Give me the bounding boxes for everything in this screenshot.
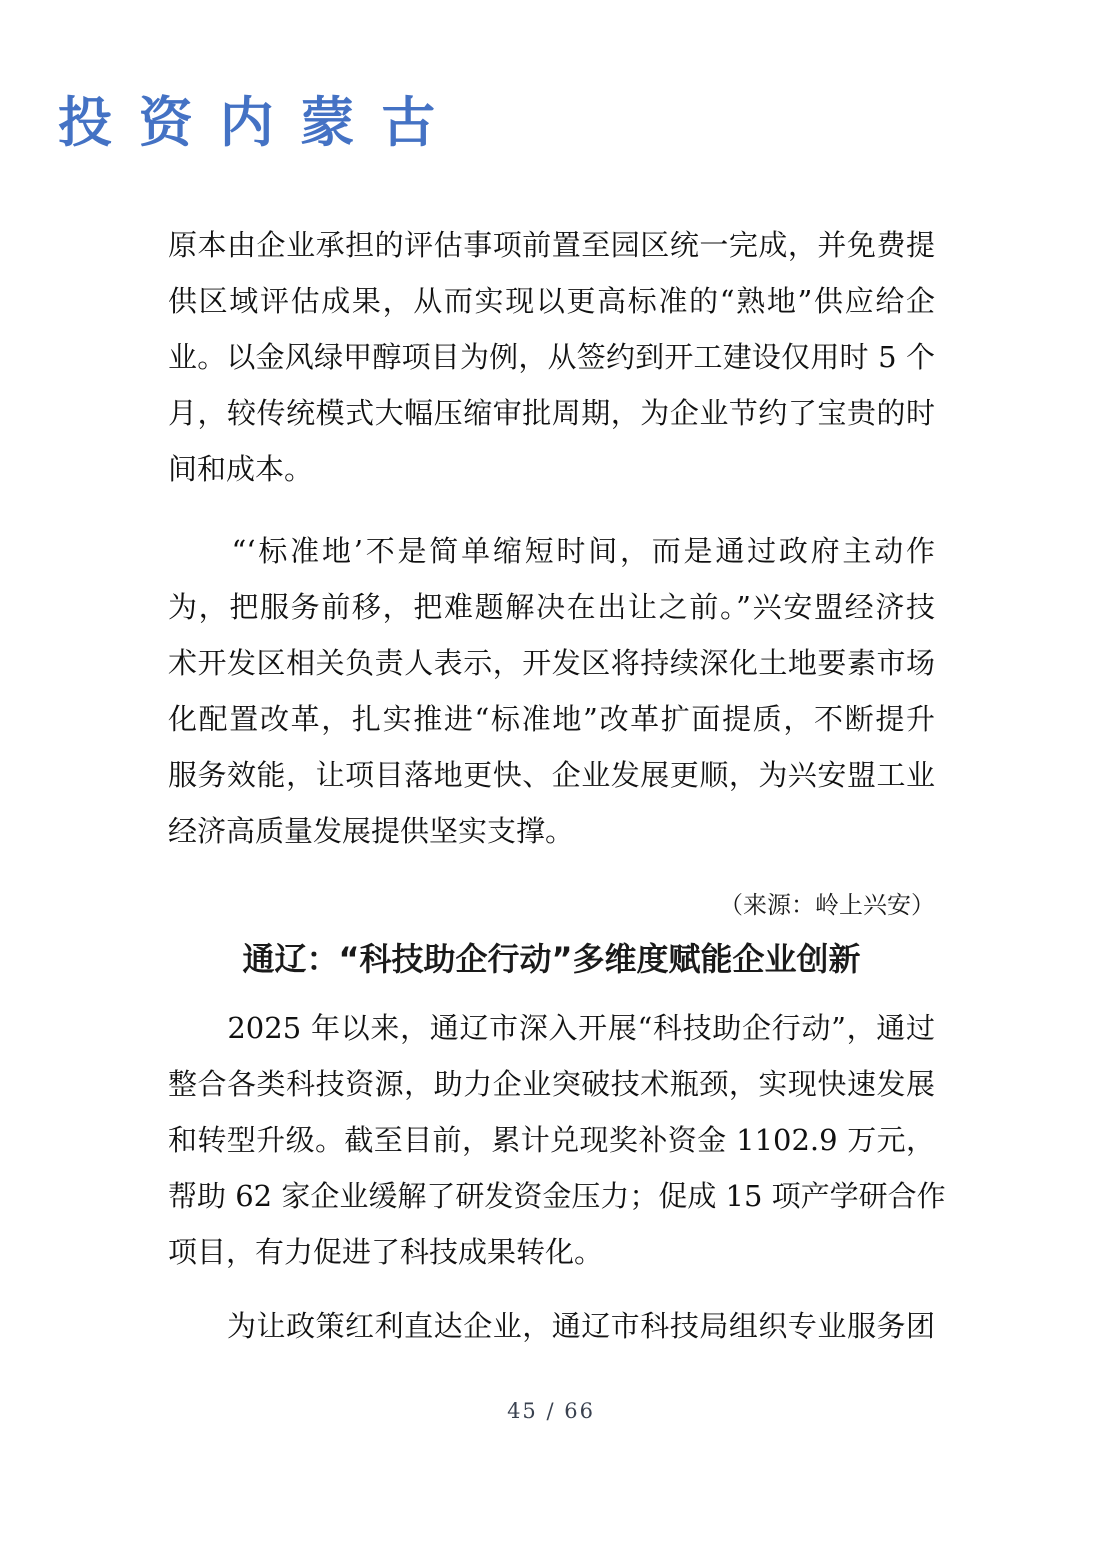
text-line: 项目，有力促进了科技成果转化。 <box>168 1224 935 1280</box>
paragraph: 2025 年以来，通辽市深入开展“科技助企行动”，通过 整合各类科技资源，助力企… <box>168 1000 935 1280</box>
page-number: 45 / 66 <box>0 1396 1102 1426</box>
text-line: 2025 年以来，通辽市深入开展“科技助企行动”，通过 <box>168 1000 935 1056</box>
text-line: 原本由企业承担的评估事项前置至园区统一完成，并免费提 <box>168 217 935 273</box>
paragraph: “‘标准地’不是简单缩短时间，而是通过政府主动作 为，把服务前移，把难题解决在出… <box>168 523 935 859</box>
paragraph: 为让政策红利直达企业，通辽市科技局组织专业服务团 <box>168 1298 935 1354</box>
article-body: 2025 年以来，通辽市深入开展“科技助企行动”，通过 整合各类科技资源，助力企… <box>168 1000 935 1354</box>
text-line: “‘标准地’不是简单缩短时间，而是通过政府主动作 <box>168 523 935 579</box>
text-line: 业。以金风绿甲醇项目为例，从签约到开工建设仅用时 5 个 <box>168 329 935 385</box>
text-line: 为让政策红利直达企业，通辽市科技局组织专业服务团 <box>168 1298 935 1354</box>
text-line: 帮助 62 家企业缓解了研发资金压力；促成 15 项产学研合作 <box>168 1168 935 1224</box>
text-line: 术开发区相关负责人表示，开发区将持续深化土地要素市场 <box>168 635 935 691</box>
page-content: 原本由企业承担的评估事项前置至园区统一完成，并免费提 供区域评估成果，从而实现以… <box>168 217 935 1354</box>
text-line: 化配置改革，扎实推进“标准地”改革扩面提质，不断提升 <box>168 691 935 747</box>
document-page: 投 资 内 蒙 古 原本由企业承担的评估事项前置至园区统一完成，并免费提 供区域… <box>0 0 1102 1559</box>
text-line: 月，较传统模式大幅压缩审批周期，为企业节约了宝贵的时 <box>168 385 935 441</box>
text-line: 为，把服务前移，把难题解决在出让之前。”兴安盟经济技 <box>168 579 935 635</box>
source-attribution: （来源：岭上兴安） <box>168 885 935 925</box>
text-line: 经济高质量发展提供坚实支撑。 <box>168 803 935 859</box>
paragraph: 原本由企业承担的评估事项前置至园区统一完成，并免费提 供区域评估成果，从而实现以… <box>168 217 935 497</box>
text-line: 间和成本。 <box>168 441 935 497</box>
text-line: 供区域评估成果，从而实现以更高标准的“熟地”供应给企 <box>168 273 935 329</box>
text-line: 和转型升级。截至目前，累计兑现奖补资金 1102.9 万元， <box>168 1112 935 1168</box>
article-title: 通辽：“科技助企行动”多维度赋能企业创新 <box>168 935 935 983</box>
masthead-title: 投 资 内 蒙 古 <box>58 86 1102 158</box>
text-line: 服务效能，让项目落地更快、企业发展更顺，为兴安盟工业 <box>168 747 935 803</box>
text-line: 整合各类科技资源，助力企业突破技术瓶颈，实现快速发展 <box>168 1056 935 1112</box>
